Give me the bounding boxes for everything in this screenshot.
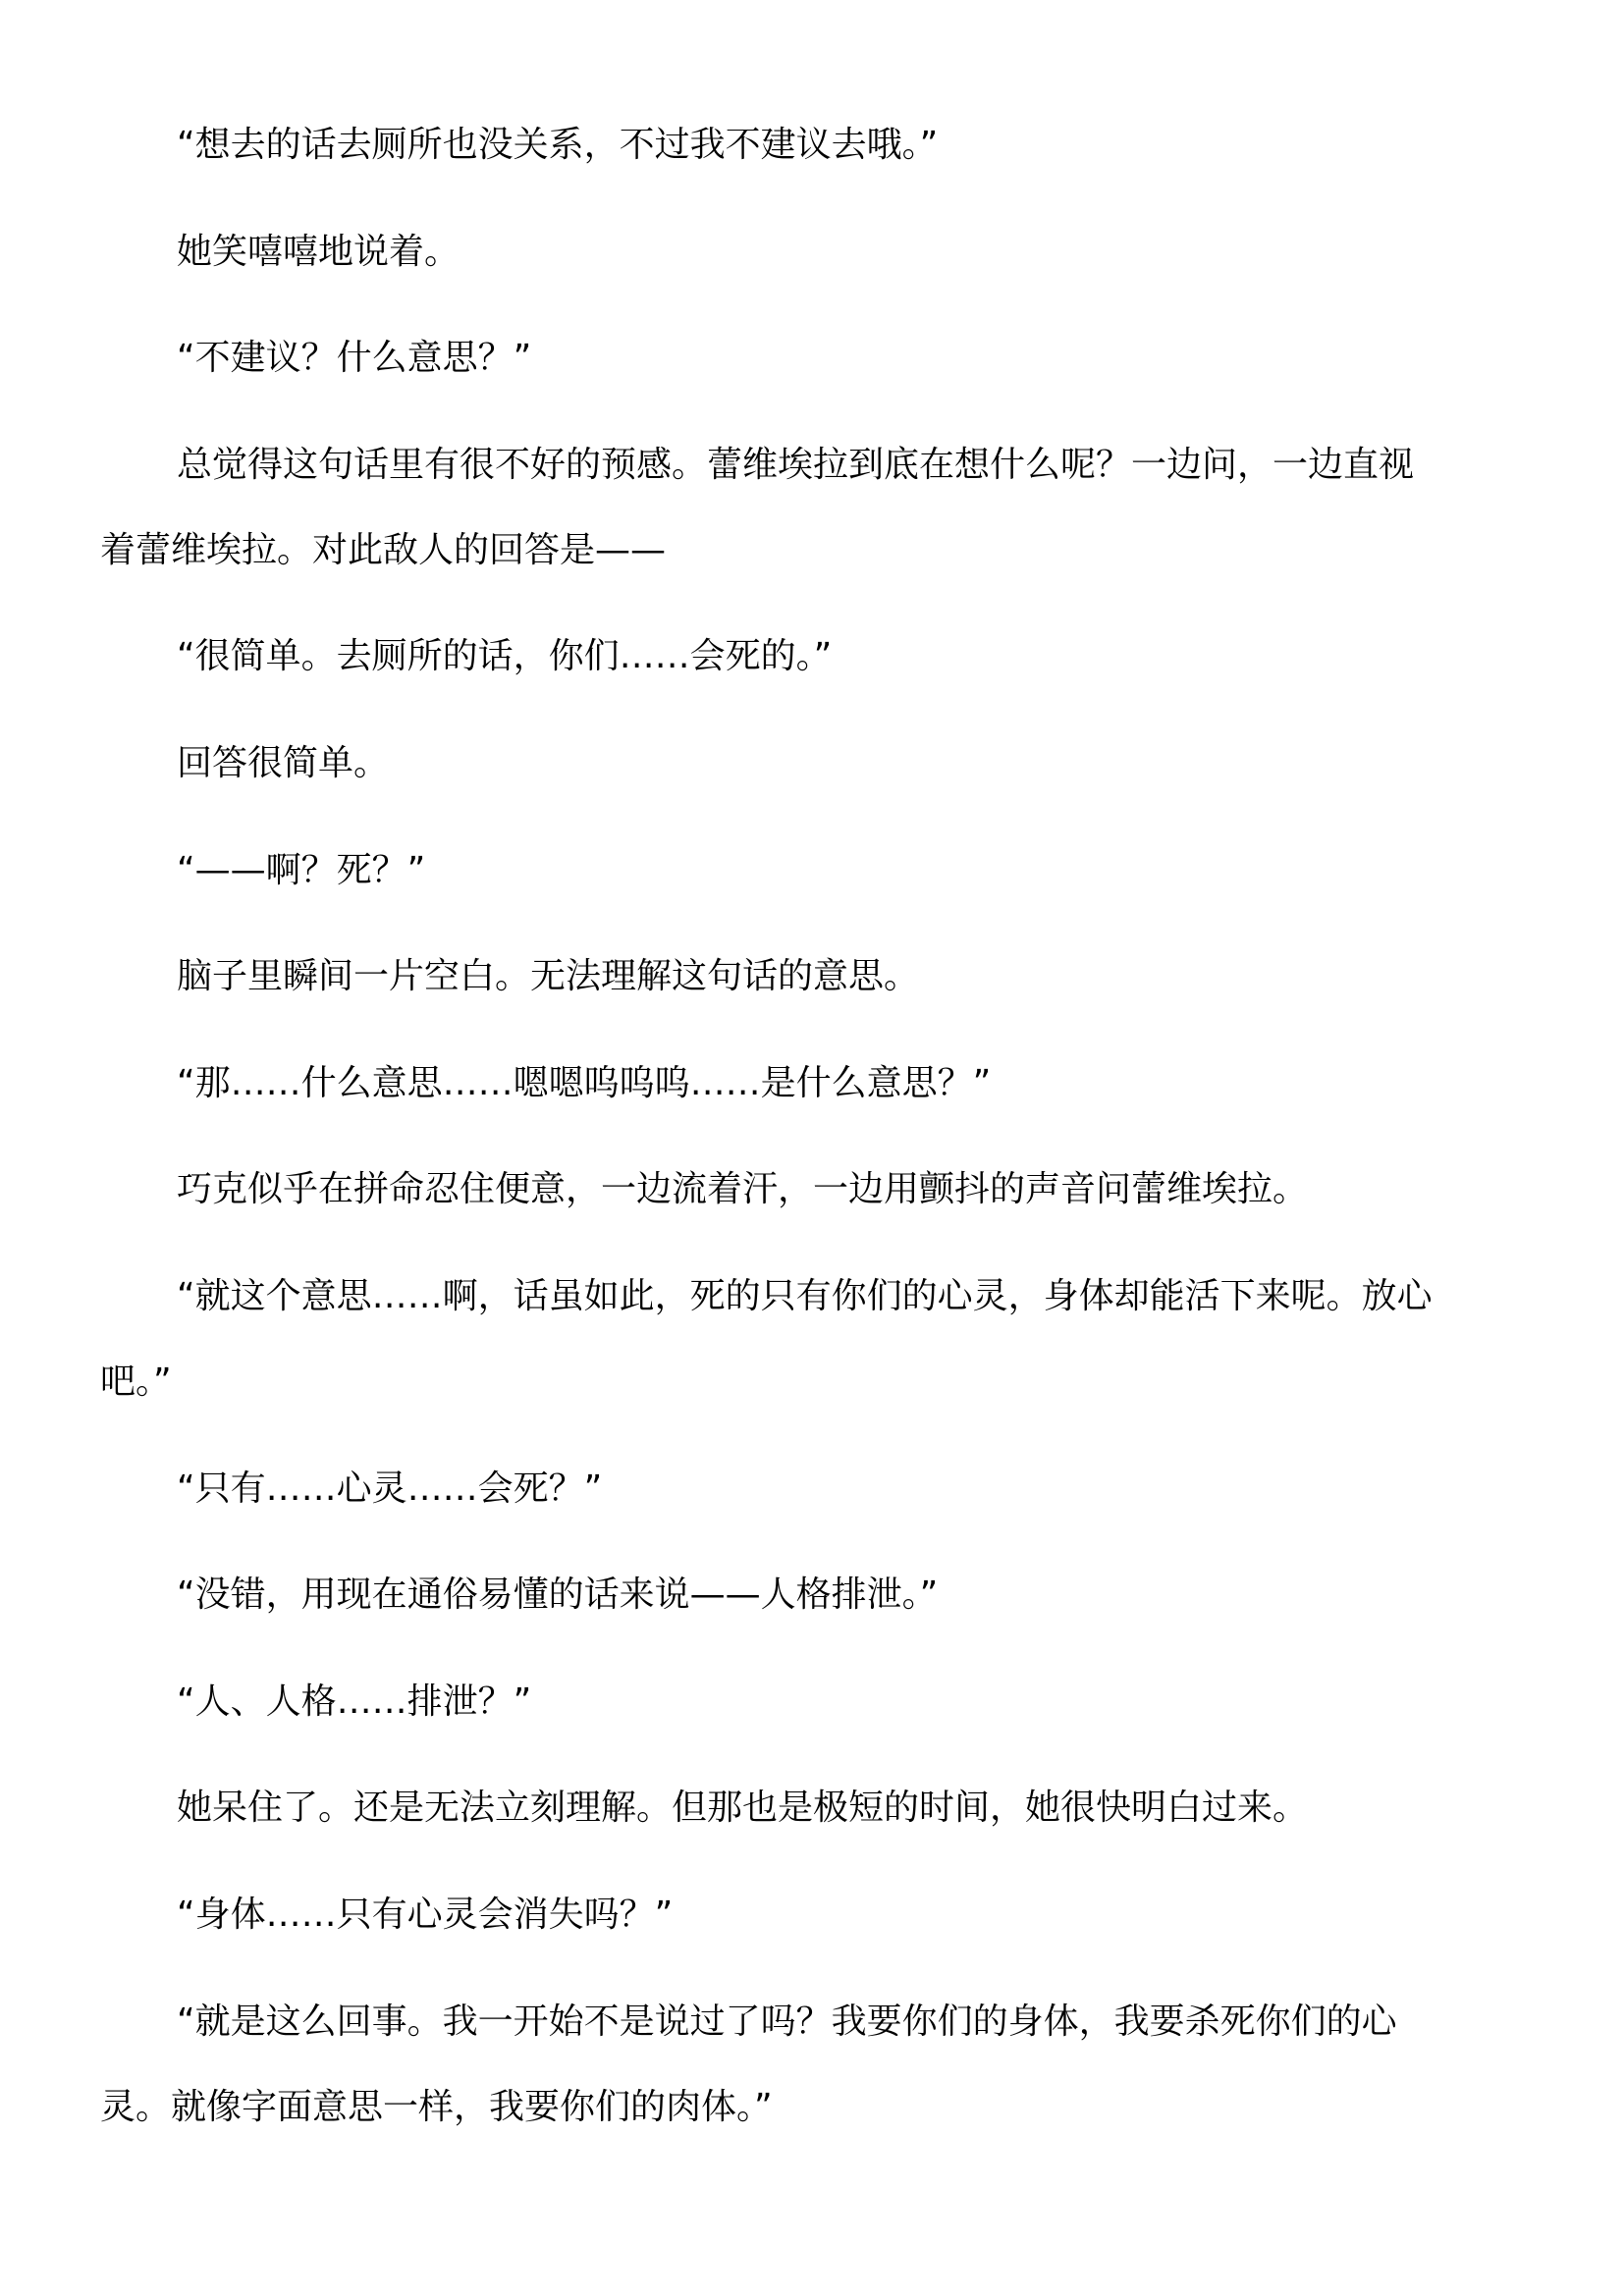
paragraph-line: 她笑嘻嘻地说着。 xyxy=(100,209,1519,294)
paragraph-line: 着蕾维埃拉。对此敌人的回答是—— xyxy=(100,507,1519,593)
paragraph: 回答很简单。 xyxy=(100,721,1519,806)
paragraph: “身体……只有心灵会消失吗？” xyxy=(100,1872,1519,1957)
paragraph: 她呆住了。还是无法立刻理解。但那也是极短的时间，她很快明白过来。 xyxy=(100,1765,1519,1850)
paragraph: “人、人格……排泄？” xyxy=(100,1659,1519,1744)
document-page: “想去的话去厕所也没关系，不过我不建议去哦。” 她笑嘻嘻地说着。 “不建议？什么… xyxy=(100,102,1519,2170)
paragraph-line: “就是这么回事。我一开始不是说过了吗？我要你们的身体，我要杀死你们的心 xyxy=(100,1979,1519,2064)
paragraph-line: “就这个意思……啊，话虽如此，死的只有你们的心灵，身体却能活下来呢。放心 xyxy=(100,1254,1519,1339)
paragraph-line: “只有……心灵……会死？” xyxy=(100,1446,1519,1531)
paragraph: “没错，用现在通俗易懂的话来说——人格排泄。” xyxy=(100,1552,1519,1637)
paragraph: “不建议？什么意思？” xyxy=(100,315,1519,400)
paragraph: 巧克似乎在拼命忍住便意，一边流着汗，一边用颤抖的声音问蕾维埃拉。 xyxy=(100,1147,1519,1232)
paragraph: “很简单。去厕所的话，你们……会死的。” xyxy=(100,614,1519,699)
paragraph: 脑子里瞬间一片空白。无法理解这句话的意思。 xyxy=(100,934,1519,1019)
paragraph: “想去的话去厕所也没关系，不过我不建议去哦。” xyxy=(100,102,1519,187)
paragraph-line: 吧。” xyxy=(100,1339,1519,1424)
paragraph-line: 灵。就像字面意思一样，我要你们的肉体。” xyxy=(100,2064,1519,2150)
paragraph-line: “身体……只有心灵会消失吗？” xyxy=(100,1872,1519,1957)
paragraph: “那……什么意思……嗯嗯呜呜呜……是什么意思？” xyxy=(100,1041,1519,1126)
paragraph: “就是这么回事。我一开始不是说过了吗？我要你们的身体，我要杀死你们的心 灵。就像… xyxy=(100,1979,1519,2150)
paragraph: 她笑嘻嘻地说着。 xyxy=(100,209,1519,294)
paragraph-line: “那……什么意思……嗯嗯呜呜呜……是什么意思？” xyxy=(100,1041,1519,1126)
paragraph-line: 她呆住了。还是无法立刻理解。但那也是极短的时间，她很快明白过来。 xyxy=(100,1765,1519,1850)
paragraph-line: “不建议？什么意思？” xyxy=(100,315,1519,400)
paragraph-line: “没错，用现在通俗易懂的话来说——人格排泄。” xyxy=(100,1552,1519,1637)
paragraph-line: “想去的话去厕所也没关系，不过我不建议去哦。” xyxy=(100,102,1519,187)
paragraph-line: 回答很简单。 xyxy=(100,721,1519,806)
paragraph: “只有……心灵……会死？” xyxy=(100,1446,1519,1531)
paragraph-line: 脑子里瞬间一片空白。无法理解这句话的意思。 xyxy=(100,934,1519,1019)
paragraph: 总觉得这句话里有很不好的预感。蕾维埃拉到底在想什么呢？一边问，一边直视 着蕾维埃… xyxy=(100,422,1519,593)
paragraph-line: 巧克似乎在拼命忍住便意，一边流着汗，一边用颤抖的声音问蕾维埃拉。 xyxy=(100,1147,1519,1232)
paragraph: “就这个意思……啊，话虽如此，死的只有你们的心灵，身体却能活下来呢。放心 吧。” xyxy=(100,1254,1519,1424)
paragraph-line: “人、人格……排泄？” xyxy=(100,1659,1519,1744)
paragraph-line: “很简单。去厕所的话，你们……会死的。” xyxy=(100,614,1519,699)
paragraph-line: “——啊？死？” xyxy=(100,828,1519,913)
paragraph-line: 总觉得这句话里有很不好的预感。蕾维埃拉到底在想什么呢？一边问，一边直视 xyxy=(100,422,1519,507)
paragraph: “——啊？死？” xyxy=(100,828,1519,913)
